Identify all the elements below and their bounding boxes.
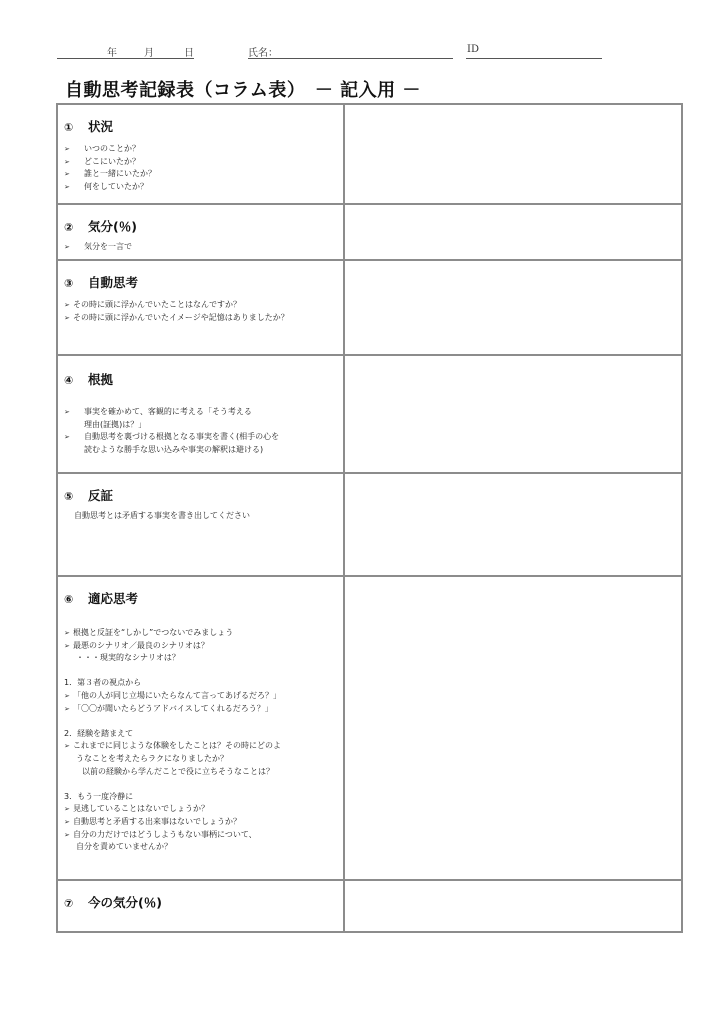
arrowhead-bullet-icon: ➢ bbox=[64, 241, 84, 254]
prompt-cell: ③自動思考 ➢その時に頭に浮かんでいたことはなんですか？ ➢その時に頭に浮かんで… bbox=[58, 261, 345, 356]
prompt-line: これまでに同じような体験をしたことは？その時にどのよ bbox=[73, 741, 281, 750]
prompt-list: 自動思考とは矛盾する事実を書き出してください bbox=[74, 510, 250, 523]
prompt-line: 2．経験を踏まえて bbox=[64, 728, 281, 741]
section-heading: ⑤反証 bbox=[64, 486, 113, 504]
answer-cell-automatic-thought[interactable] bbox=[345, 261, 681, 356]
row-situation: ①状況 ➢いつのことか？ ➢どこにいたか？ ➢誰と一緒にいたか？ ➢何をしていた… bbox=[58, 105, 681, 205]
section-heading: ⑦今の気分(％) bbox=[64, 893, 162, 911]
arrowhead-bullet-icon: ➢ bbox=[64, 181, 84, 194]
arrowhead-bullet-icon: ➢ bbox=[64, 156, 84, 169]
prompt-line: 根拠と反証を“しかし”でつないでみましょう bbox=[73, 628, 233, 637]
prompt-line: 何をしていたか？ bbox=[84, 182, 148, 191]
prompt-cell: ⑤反証 自動思考とは矛盾する事実を書き出してください bbox=[58, 474, 345, 577]
section-label: 反証 bbox=[88, 488, 113, 503]
name-label: 氏名： bbox=[248, 44, 278, 59]
arrowhead-bullet-icon: ➢ bbox=[64, 312, 73, 325]
arrowhead-bullet-icon: ➢ bbox=[64, 168, 84, 181]
prompt-list: ➢いつのことか？ ➢どこにいたか？ ➢誰と一緒にいたか？ ➢何をしていたか？ bbox=[64, 143, 156, 193]
day-label: 日 bbox=[184, 44, 194, 59]
circled-number: ② bbox=[64, 221, 88, 234]
arrowhead-bullet-icon: ➢ bbox=[64, 703, 73, 716]
prompt-line: その時に頭に浮かんでいたことはなんですか？ bbox=[73, 300, 241, 309]
row-mood: ②気分(％) ➢気分を一言で bbox=[58, 203, 681, 261]
prompt-list: ➢事実を確かめて、客観的に考える「そう考える 理由(証拠)は？」 ➢自動思考を裏… bbox=[64, 406, 279, 456]
prompt-line: 読むような勝手な思い込みや事実の解釈は避ける) bbox=[64, 444, 279, 457]
prompt-line: 「他の人が同じ立場にいたらなんて言ってあげるだろ？」 bbox=[73, 691, 281, 700]
arrowhead-bullet-icon: ➢ bbox=[64, 627, 73, 640]
name-underline[interactable] bbox=[248, 58, 453, 59]
id-label: ID bbox=[467, 44, 479, 55]
prompt-line: 以前の経験から学んだことで役に立ちそうなことは？ bbox=[64, 766, 281, 779]
prompt-cell: ④根拠 ➢事実を確かめて、客観的に考える「そう考える 理由(証拠)は？」 ➢自動… bbox=[58, 356, 345, 474]
prompt-line: 自動思考を裏づける根拠となる事実を書く(相手の心を bbox=[84, 432, 279, 441]
section-label: 自動思考 bbox=[88, 275, 138, 290]
answer-cell-mood[interactable] bbox=[345, 205, 681, 261]
arrowhead-bullet-icon: ➢ bbox=[64, 406, 84, 419]
row-counter-evidence: ⑤反証 自動思考とは矛盾する事実を書き出してください bbox=[58, 472, 681, 577]
circled-number: ① bbox=[64, 121, 88, 134]
prompt-cell: ⑥適応思考 ➢根拠と反証を“しかし”でつないでみましょう ➢最悪のシナリオ／最良… bbox=[58, 577, 345, 881]
prompt-line: 最悪のシナリオ／最良のシナリオは？ bbox=[73, 641, 209, 650]
section-heading: ⑥適応思考 bbox=[64, 589, 138, 607]
arrowhead-bullet-icon: ➢ bbox=[64, 640, 73, 653]
prompt-line: 気分を一言で bbox=[84, 242, 132, 251]
prompt-cell: ⑦今の気分(％) bbox=[58, 881, 345, 931]
month-label: 月 bbox=[144, 44, 154, 59]
circled-number: ⑥ bbox=[64, 593, 88, 606]
section-heading: ①状況 bbox=[64, 117, 113, 135]
circled-number: ④ bbox=[64, 374, 88, 387]
row-evidence: ④根拠 ➢事実を確かめて、客観的に考える「そう考える 理由(証拠)は？」 ➢自動… bbox=[58, 354, 681, 474]
section-heading: ④根拠 bbox=[64, 370, 113, 388]
answer-cell-situation[interactable] bbox=[345, 105, 681, 205]
arrowhead-bullet-icon: ➢ bbox=[64, 829, 73, 842]
column-table: ①状況 ➢いつのことか？ ➢どこにいたか？ ➢誰と一緒にいたか？ ➢何をしていた… bbox=[56, 103, 683, 933]
row-adaptive-thought: ⑥適応思考 ➢根拠と反証を“しかし”でつないでみましょう ➢最悪のシナリオ／最良… bbox=[58, 575, 681, 881]
prompt-line: うなことを考えたらラクになりましたか？ bbox=[64, 753, 281, 766]
section-label: 根拠 bbox=[88, 372, 113, 387]
page-title: 自動思考記録表（コラム表） － 記入用 － bbox=[65, 76, 421, 102]
answer-cell-current-mood[interactable] bbox=[345, 881, 681, 931]
prompt-list: ➢その時に頭に浮かんでいたことはなんですか？ ➢その時に頭に浮かんでいたイメージ… bbox=[64, 299, 289, 324]
arrowhead-bullet-icon: ➢ bbox=[64, 690, 73, 703]
prompt-line: いつのことか？ bbox=[84, 144, 140, 153]
section-label: 気分(％) bbox=[88, 219, 137, 234]
id-underline[interactable] bbox=[466, 58, 602, 59]
answer-cell-adaptive-thought[interactable] bbox=[345, 577, 681, 881]
prompt-line: どこにいたか？ bbox=[84, 157, 140, 166]
arrowhead-bullet-icon: ➢ bbox=[64, 299, 73, 312]
row-automatic-thought: ③自動思考 ➢その時に頭に浮かんでいたことはなんですか？ ➢その時に頭に浮かんで… bbox=[58, 259, 681, 356]
prompt-line: 自動思考と矛盾する出来事はないでしょうか？ bbox=[73, 817, 241, 826]
prompt-line: 自動思考とは矛盾する事実を書き出してください bbox=[74, 510, 250, 523]
prompt-line: 「〇〇が聞いたらどうアドバイスしてくれるだろう？」 bbox=[73, 704, 273, 713]
answer-cell-evidence[interactable] bbox=[345, 356, 681, 474]
arrowhead-bullet-icon: ➢ bbox=[64, 803, 73, 816]
date-underline bbox=[57, 58, 194, 59]
prompt-line: 自分を責めていませんか？ bbox=[64, 841, 281, 854]
prompt-list: ➢根拠と反証を“しかし”でつないでみましょう ➢最悪のシナリオ／最良のシナリオは… bbox=[64, 627, 281, 854]
year-label: 年 bbox=[107, 44, 117, 59]
prompt-line: 3．もう一度冷静に bbox=[64, 791, 281, 804]
prompt-line: 理由(証拠)は？」 bbox=[64, 419, 279, 432]
prompt-line: その時に頭に浮かんでいたイメージや記憶はありましたか？ bbox=[73, 313, 289, 322]
circled-number: ⑤ bbox=[64, 490, 88, 503]
answer-cell-counter-evidence[interactable] bbox=[345, 474, 681, 577]
row-current-mood: ⑦今の気分(％) bbox=[58, 879, 681, 931]
prompt-line: 事実を確かめて、客観的に考える「そう考える bbox=[84, 407, 252, 416]
arrowhead-bullet-icon: ➢ bbox=[64, 143, 84, 156]
section-heading: ②気分(％) bbox=[64, 217, 137, 235]
section-label: 適応思考 bbox=[88, 591, 138, 606]
arrowhead-bullet-icon: ➢ bbox=[64, 431, 84, 444]
prompt-cell: ②気分(％) ➢気分を一言で bbox=[58, 205, 345, 261]
arrowhead-bullet-icon: ➢ bbox=[64, 740, 73, 753]
prompt-list: ➢気分を一言で bbox=[64, 241, 132, 254]
prompt-line: ・・・現実的なシナリオは？ bbox=[64, 652, 281, 665]
circled-number: ③ bbox=[64, 277, 88, 290]
prompt-line: 見逃していることはないでしょうか？ bbox=[73, 804, 209, 813]
section-label: 状況 bbox=[88, 119, 113, 134]
prompt-line: 1．第３者の視点から bbox=[64, 677, 281, 690]
prompt-line: 誰と一緒にいたか？ bbox=[84, 169, 156, 178]
section-heading: ③自動思考 bbox=[64, 273, 138, 291]
prompt-cell: ①状況 ➢いつのことか？ ➢どこにいたか？ ➢誰と一緒にいたか？ ➢何をしていた… bbox=[58, 105, 345, 205]
section-label: 今の気分(％) bbox=[88, 895, 162, 910]
circled-number: ⑦ bbox=[64, 897, 88, 910]
prompt-line: 自分の力だけではどうしようもない事柄について、 bbox=[73, 830, 257, 839]
arrowhead-bullet-icon: ➢ bbox=[64, 816, 73, 829]
